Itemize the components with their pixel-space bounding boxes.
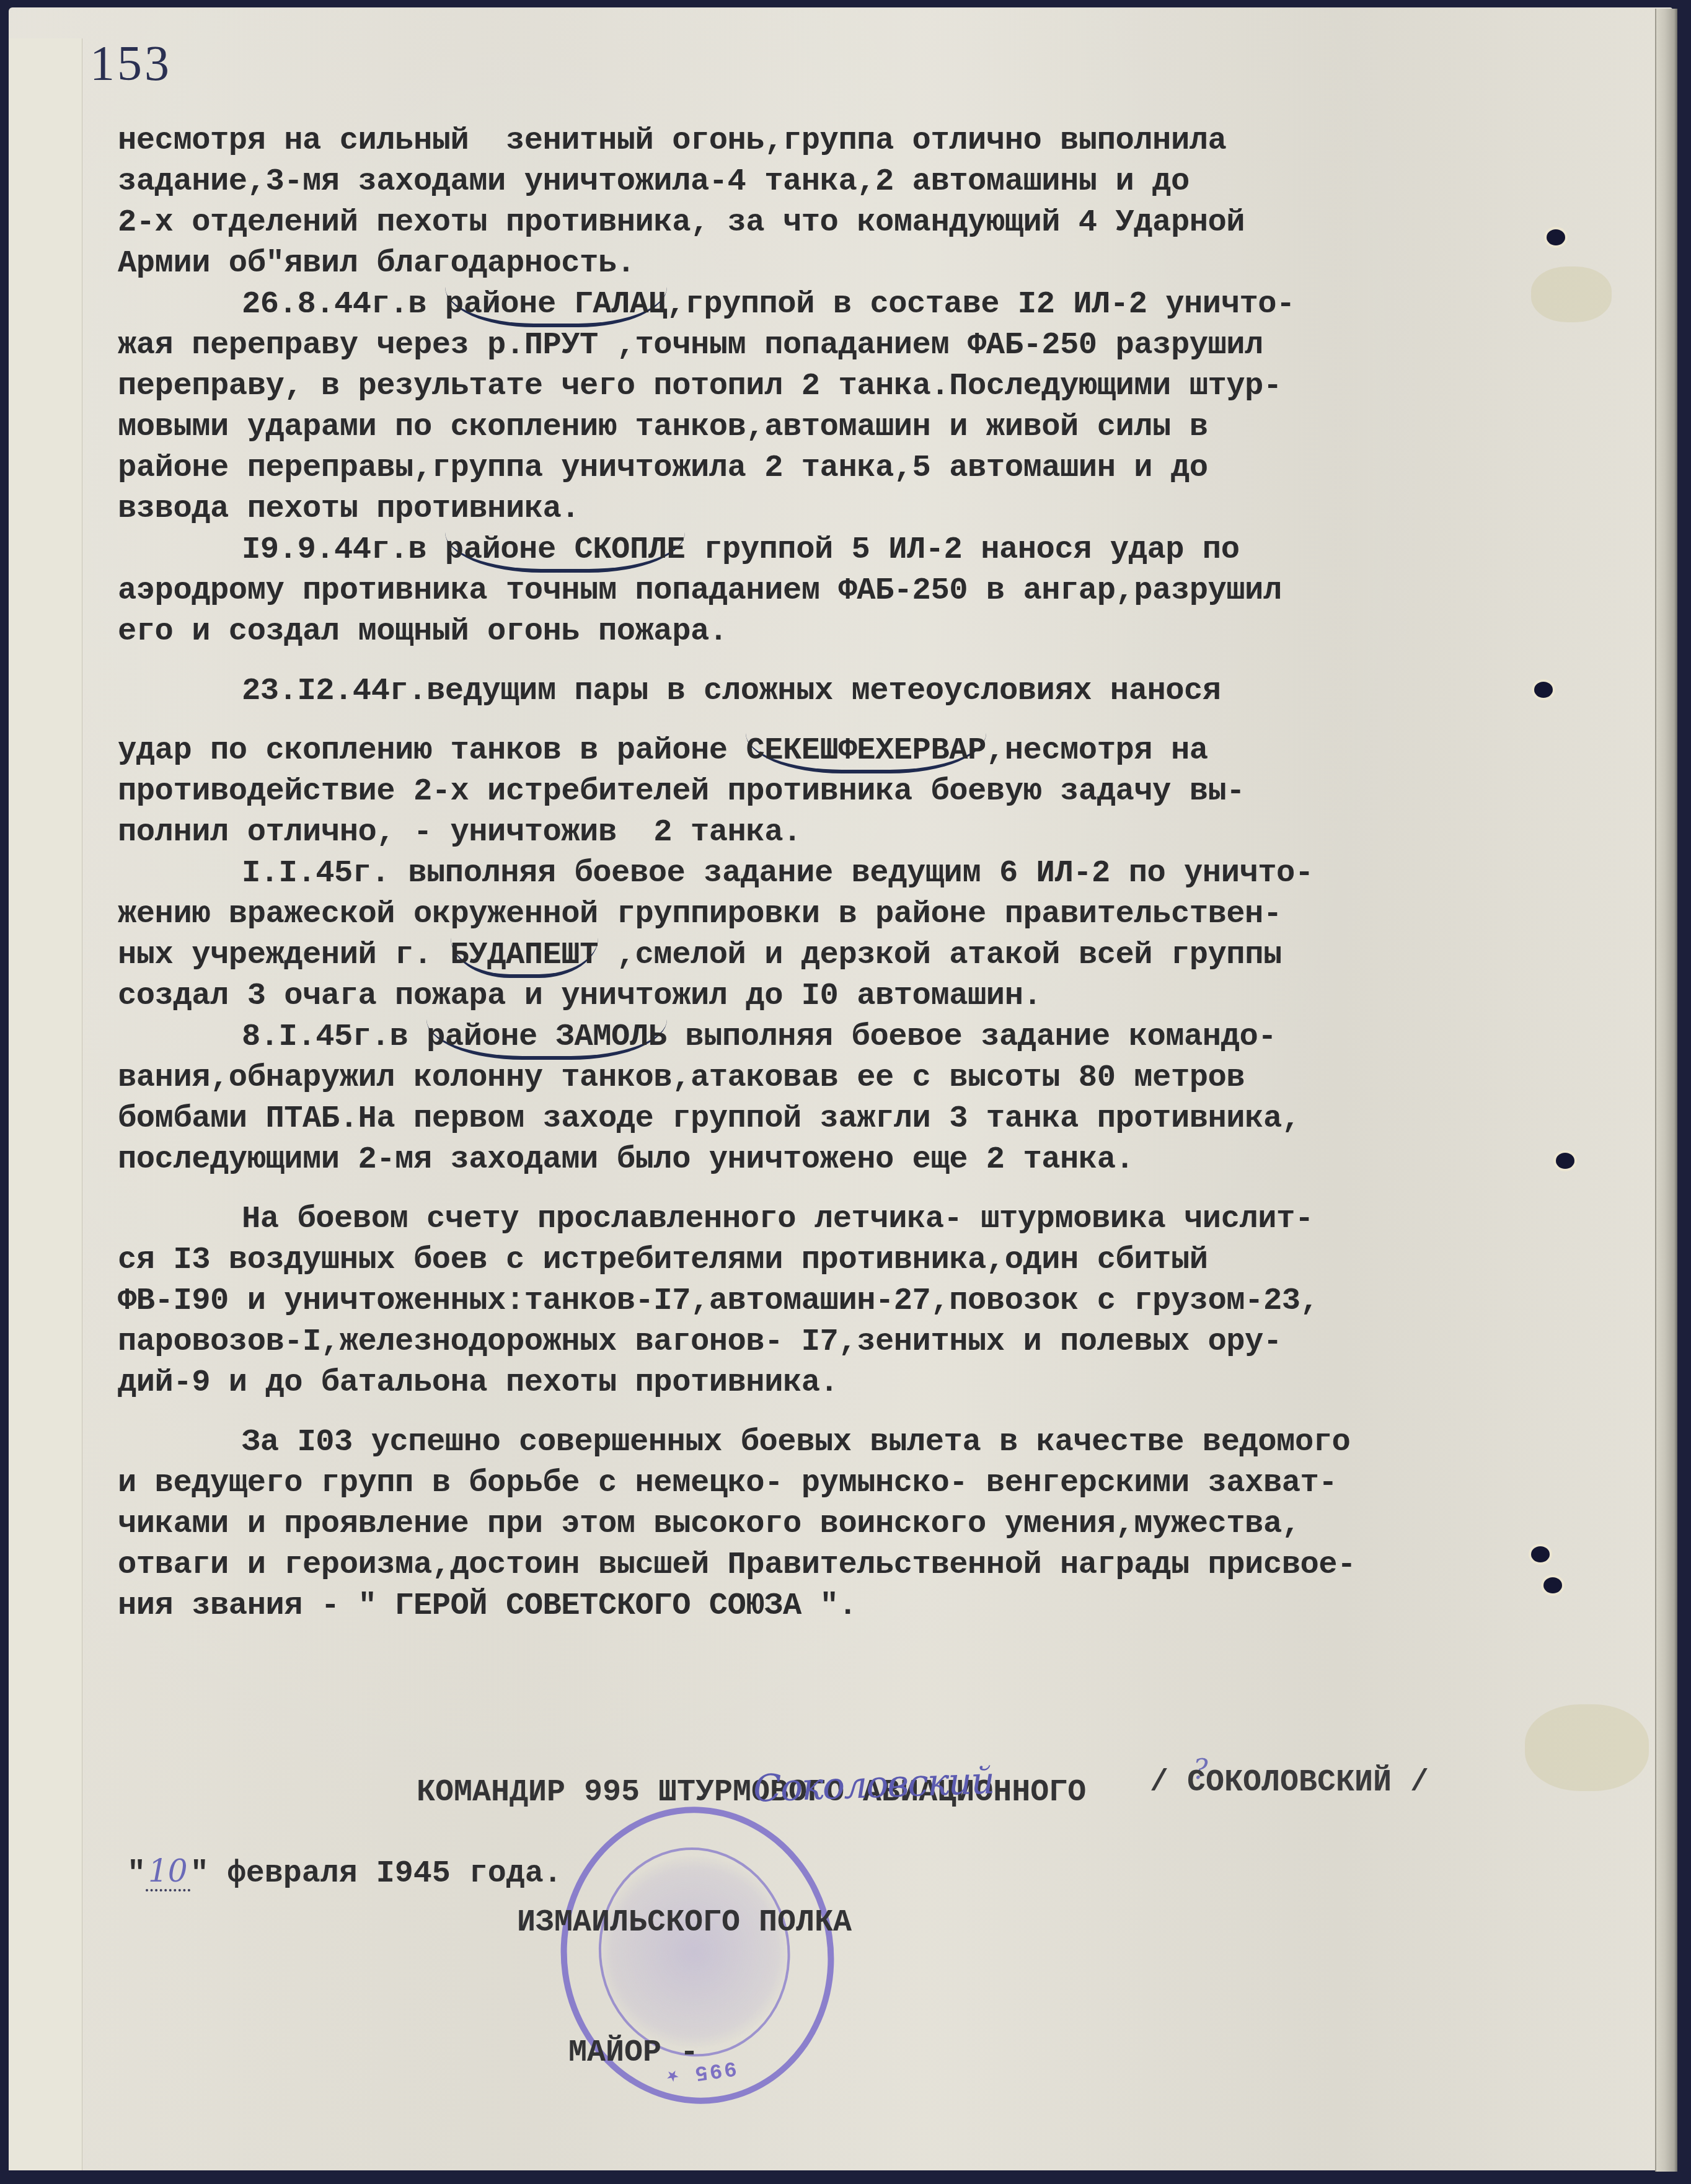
text-line: несмотря на сильный зенитный огонь,групп… xyxy=(118,121,1494,162)
text-line: 23.I2.44г.ведущим пары в сложных метеоус… xyxy=(118,671,1494,712)
text-line: 26.8.44г.в районе ГАЛАЦ,группой в состав… xyxy=(118,284,1494,325)
text-line: районе переправы,группа уничтожила 2 тан… xyxy=(118,448,1494,489)
water-stain xyxy=(1525,1704,1649,1791)
text-line: 8.I.45г.в районе ЗАМОЛЬ выполняя боевое … xyxy=(118,1017,1494,1058)
underlined-place-name: районе ГАЛАЦ xyxy=(445,287,667,327)
handwritten-signature: Соколовский xyxy=(753,1759,994,1810)
text-line: аэродрому противника точным попаданием Ф… xyxy=(118,571,1494,612)
paragraph-gap xyxy=(118,712,1494,731)
page-number: 153 xyxy=(90,36,172,92)
text-line: переправу, в результате чего потопил 2 т… xyxy=(118,366,1494,407)
binding-edge xyxy=(1655,9,1677,2172)
text-line: I.I.45г. выполняя боевое задание ведущим… xyxy=(118,853,1494,894)
paragraph-gap xyxy=(118,653,1494,671)
water-stain xyxy=(1531,266,1612,322)
paragraph-gap xyxy=(118,1404,1494,1422)
paragraph-gap xyxy=(118,1181,1494,1199)
signature-title-line2: ИЗМАИЛЬСКОГО ПОЛКА xyxy=(417,1901,1086,1945)
underlined-place-name: районе ЗАМОЛЬ xyxy=(426,1019,666,1060)
underlined-place-name: районе СКОПЛЕ xyxy=(445,532,685,573)
text-line: чиками и проявление при этом высокого во… xyxy=(118,1504,1494,1545)
text-line: На боевом счету прославленного летчика- … xyxy=(118,1199,1494,1240)
punch-hole xyxy=(1534,682,1553,698)
text-line: жению вражеской окруженной группировки в… xyxy=(118,894,1494,935)
punch-hole xyxy=(1556,1153,1574,1169)
text-line: мовыми ударами по скоплению танков,автом… xyxy=(118,407,1494,448)
text-line: жая переправу через р.ПРУТ ,точным попад… xyxy=(118,325,1494,366)
text-line: ных учреждений г. БУДАПЕШТ ,смелой и дер… xyxy=(118,935,1494,976)
text-line: создал 3 очага пожара и уничтожил до I0 … xyxy=(118,976,1494,1017)
text-line: взвода пехоты противника. xyxy=(118,489,1494,530)
text-line: 2-х отделений пехоты противника, за что … xyxy=(118,203,1494,244)
text-line: его и создал мощный огонь пожара. xyxy=(118,612,1494,653)
underlined-place-name: БУДАПЕШТ xyxy=(451,938,598,978)
text-line: вания,обнаружил колонну танков,атаковав … xyxy=(118,1058,1494,1099)
text-line: удар по скоплению танков в районе СЕКЕШФ… xyxy=(118,731,1494,772)
date-day-handwritten: 10 xyxy=(146,1853,190,1891)
text-line: противодействие 2-х истребителей противн… xyxy=(118,772,1494,812)
text-line: I9.9.44г.в районе СКОПЛЕ группой 5 ИЛ-2 … xyxy=(118,530,1494,571)
document-date: "10" февраля I945 года. xyxy=(127,1853,562,1891)
signature-rank: МАЙОР - xyxy=(417,2032,1086,2075)
text-line: и ведущего групп в борьбе с немецко- рум… xyxy=(118,1463,1494,1504)
signature-block: КОМАНДИР 995 ШТУРМОВОГО АВИАЦИОННОГО ИЗМ… xyxy=(417,1684,1086,2118)
date-month-year: " февраля I945 года. xyxy=(190,1856,562,1891)
text-line: дий-9 и до батальона пехоты противника. xyxy=(118,1363,1494,1404)
signatory-name: / СОКОЛОВСКИЙ / xyxy=(1150,1765,1429,1800)
text-line: последующими 2-мя заходами было уничтоже… xyxy=(118,1140,1494,1181)
text-line: полнил отлично, - уничтожив 2 танка. xyxy=(118,812,1494,853)
text-line: бомбами ПТАБ.На первом заходе группой за… xyxy=(118,1099,1494,1140)
date-open-quote: " xyxy=(127,1856,146,1891)
text-line: отваги и героизма,достоин высшей Правите… xyxy=(118,1545,1494,1586)
text-line: ся I3 воздушных боев с истребителями про… xyxy=(118,1240,1494,1281)
punch-hole xyxy=(1543,1577,1562,1593)
document-body: несмотря на сильный зенитный огонь,групп… xyxy=(118,121,1494,1627)
text-line: За I03 успешно совершенных боевых вылета… xyxy=(118,1422,1494,1463)
text-line: паровозов-I,железнодорожных вагонов- I7,… xyxy=(118,1322,1494,1363)
text-line: ФВ-I90 и уничтоженных:танков-I7,автомаши… xyxy=(118,1281,1494,1322)
text-line: задание,3-мя заходами уничтожила-4 танка… xyxy=(118,162,1494,203)
punch-hole xyxy=(1547,229,1565,245)
text-line: Армии об"явил благодарность. xyxy=(118,244,1494,284)
paper-left-strip xyxy=(9,38,82,2170)
text-line: ния звания - " ГЕРОЙ СОВЕТСКОГО СОЮЗА ". xyxy=(118,1586,1494,1627)
underlined-place-name: СЕКЕШФЕХЕРВАР xyxy=(746,733,986,773)
punch-hole xyxy=(1531,1546,1550,1562)
